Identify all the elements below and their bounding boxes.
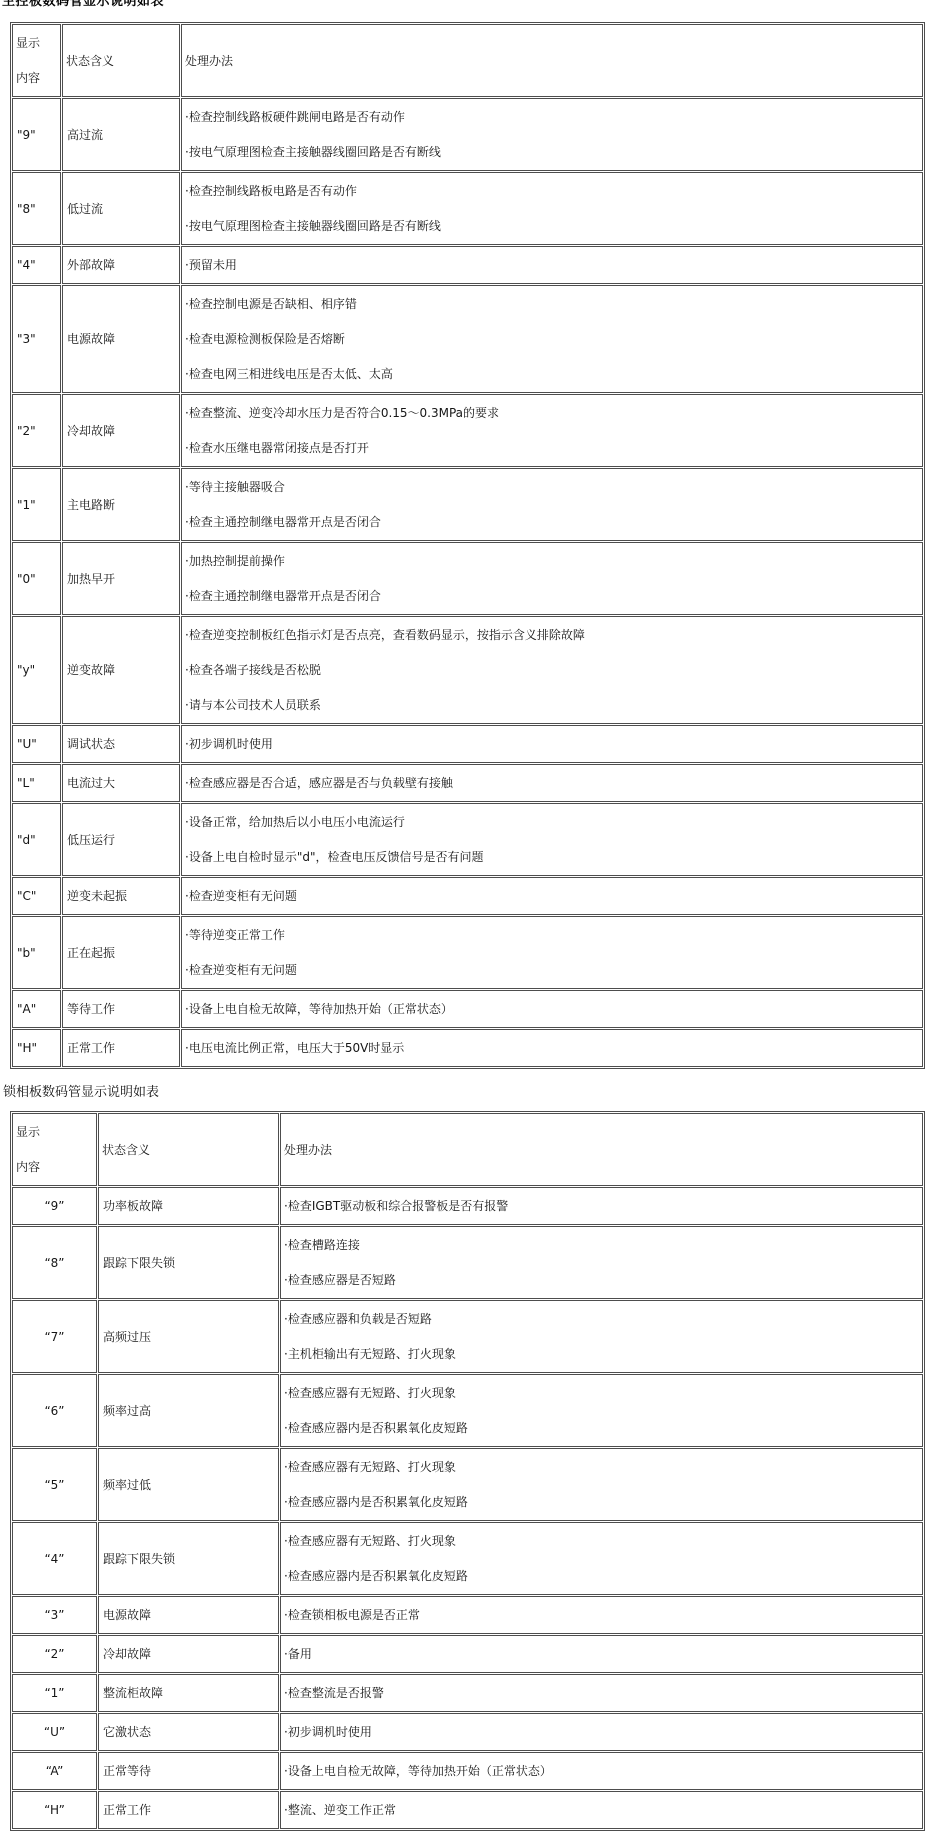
row-code-cell: “9” (12, 1187, 97, 1225)
action-line: ·检查感应器和负载是否短路 (284, 1311, 919, 1327)
action-line: ·检查锁相板电源是否正常 (284, 1607, 919, 1623)
row-actions-cell: ·检查逆变控制板红色指示灯是否点亮，查看数码显示，按指示含义排除故障·检查各端子… (181, 616, 923, 724)
action-line: ·设备上电自检无故障，等待加热开始（正常状态） (284, 1763, 919, 1779)
action-line: ·按电气原理图检查主接触器线圈回路是否有断线 (185, 218, 919, 234)
row-actions-cell: ·检查感应器有无短路、打火现象·检查感应器内是否积累氧化皮短路 (280, 1374, 923, 1447)
row-code-cell: "2" (12, 394, 61, 467)
action-line: ·检查感应器是否合适，感应器是否与负载壁有接触 (185, 775, 919, 791)
row-actions-cell: ·等待主接触器吸合·检查主通控制继电器常开点是否闭合 (181, 468, 923, 541)
row-actions-cell: ·检查感应器有无短路、打火现象·检查感应器内是否积累氧化皮短路 (280, 1448, 923, 1521)
table-row: “5”频率过低·检查感应器有无短路、打火现象·检查感应器内是否积累氧化皮短路 (12, 1448, 923, 1521)
row-status-cell: 冷却故障 (98, 1635, 279, 1673)
action-line: ·检查逆变柜有无问题 (185, 962, 919, 978)
action-line: ·初步调机时使用 (284, 1724, 919, 1740)
action-line: ·检查感应器有无短路、打火现象 (284, 1533, 919, 1549)
table-row: "3"电源故障·检查控制电源是否缺相、相序错·检查电源检测板保险是否熔断·检查电… (12, 285, 923, 393)
main-control-board-table-body: "9"高过流·检查控制线路板硬件跳闸电路是否有动作·按电气原理图检查主接触器线圈… (12, 98, 923, 1067)
action-line: ·检查控制线路板电路是否有动作 (185, 183, 919, 199)
table-row: “8”跟踪下限失锁·检查槽路连接·检查感应器是否短路 (12, 1226, 923, 1299)
main-control-board-display-table: 显示 内容 状态含义 处理办法 "9"高过流·检查控制线路板硬件跳闸电路是否有动… (10, 22, 925, 1069)
header-display-content: 显示 内容 (12, 1113, 97, 1186)
document-page: 主控板数码管显示说明如表 显示 内容 状态含义 处理办法 "9"高过流·检查控制… (0, 0, 930, 1831)
header-status-meaning: 状态含义 (98, 1113, 279, 1186)
action-line: ·检查主通控制继电器常开点是否闭合 (185, 514, 919, 530)
row-status-cell: 冷却故障 (62, 394, 180, 467)
row-code-cell: “7” (12, 1300, 97, 1373)
row-code-cell: “A” (12, 1752, 97, 1790)
table-row: “1”整流柜故障·检查整流是否报警 (12, 1674, 923, 1712)
header-display-line2: 内容 (16, 1159, 93, 1175)
row-status-cell: 正在起振 (62, 916, 180, 989)
row-actions-cell: ·检查控制线路板硬件跳闸电路是否有动作·按电气原理图检查主接触器线圈回路是否有断… (181, 98, 923, 171)
row-actions-cell: ·设备上电自检无故障，等待加热开始（正常状态） (181, 990, 923, 1028)
row-status-cell: 外部故障 (62, 246, 180, 284)
action-line: ·预留未用 (185, 257, 919, 273)
action-line: ·整流、逆变工作正常 (284, 1802, 919, 1818)
row-status-cell: 电源故障 (98, 1596, 279, 1634)
action-line: ·检查逆变柜有无问题 (185, 888, 919, 904)
row-code-cell: "4" (12, 246, 61, 284)
top-heading-text: 主控板数码管显示说明如表 (2, 0, 930, 7)
row-code-cell: “2” (12, 1635, 97, 1673)
header-handling-method: 处理办法 (280, 1113, 923, 1186)
row-actions-cell: ·加热控制提前操作·检查主通控制继电器常开点是否闭合 (181, 542, 923, 615)
table-row: "1"主电路断·等待主接触器吸合·检查主通控制继电器常开点是否闭合 (12, 468, 923, 541)
row-actions-cell: ·检查感应器有无短路、打火现象·检查感应器内是否积累氧化皮短路 (280, 1522, 923, 1595)
action-line: ·初步调机时使用 (185, 736, 919, 752)
table-row: "8"低过流·检查控制线路板电路是否有动作·按电气原理图检查主接触器线圈回路是否… (12, 172, 923, 245)
table-row: "H"正常工作·电压电流比例正常，电压大于50V时显示 (12, 1029, 923, 1067)
row-code-cell: "8" (12, 172, 61, 245)
action-line: ·检查感应器有无短路、打火现象 (284, 1459, 919, 1475)
action-line: ·检查逆变控制板红色指示灯是否点亮，查看数码显示，按指示含义排除故障 (185, 627, 919, 643)
header-display-content: 显示 内容 (12, 24, 61, 97)
row-actions-cell: ·检查整流、逆变冷却水压力是否符合0.15～0.3MPa的要求·检查水压继电器常… (181, 394, 923, 467)
action-line: ·加热控制提前操作 (185, 553, 919, 569)
row-status-cell: 跟踪下限失锁 (98, 1226, 279, 1299)
header-row: 显示 内容 状态含义 处理办法 (12, 1113, 923, 1186)
row-actions-cell: ·检查槽路连接·检查感应器是否短路 (280, 1226, 923, 1299)
row-code-cell: "U" (12, 725, 61, 763)
row-code-cell: "0" (12, 542, 61, 615)
row-actions-cell: ·预留未用 (181, 246, 923, 284)
row-code-cell: "L" (12, 764, 61, 802)
row-status-cell: 正常等待 (98, 1752, 279, 1790)
action-line: ·检查电网三相进线电压是否太低、太高 (185, 366, 919, 382)
row-code-cell: "y" (12, 616, 61, 724)
row-code-cell: “8” (12, 1226, 97, 1299)
row-code-cell: “4” (12, 1522, 97, 1595)
action-line: ·检查感应器内是否积累氧化皮短路 (284, 1568, 919, 1584)
action-line: ·备用 (284, 1646, 919, 1662)
action-line: ·检查整流是否报警 (284, 1685, 919, 1701)
header-status-meaning: 状态含义 (62, 24, 180, 97)
table-row: "9"高过流·检查控制线路板硬件跳闸电路是否有动作·按电气原理图检查主接触器线圈… (12, 98, 923, 171)
row-status-cell: 电源故障 (62, 285, 180, 393)
table-row: “3”电源故障·检查锁相板电源是否正常 (12, 1596, 923, 1634)
row-actions-cell: ·初步调机时使用 (181, 725, 923, 763)
action-line: ·设备正常，给加热后以小电压小电流运行 (185, 814, 919, 830)
action-line: ·检查IGBT驱动板和综合报警板是否有报警 (284, 1198, 919, 1214)
row-status-cell: 整流柜故障 (98, 1674, 279, 1712)
action-line: ·检查电源检测板保险是否熔断 (185, 331, 919, 347)
row-status-cell: 它激状态 (98, 1713, 279, 1751)
row-code-cell: “H” (12, 1791, 97, 1829)
table-row: “2”冷却故障·备用 (12, 1635, 923, 1673)
action-line: ·检查感应器是否短路 (284, 1272, 919, 1288)
header-display-line1: 显示 (16, 35, 57, 51)
phase-lock-table-intro: 锁相板数码管显示说明如表 (0, 1081, 930, 1100)
action-line: ·检查感应器内是否积累氧化皮短路 (284, 1494, 919, 1510)
row-actions-cell: ·等待逆变正常工作·检查逆变柜有无问题 (181, 916, 923, 989)
row-actions-cell: ·检查感应器和负载是否短路·主机柜输出有无短路、打火现象 (280, 1300, 923, 1373)
row-code-cell: "1" (12, 468, 61, 541)
row-status-cell: 高频过压 (98, 1300, 279, 1373)
row-status-cell: 逆变未起振 (62, 877, 180, 915)
action-line: ·检查整流、逆变冷却水压力是否符合0.15～0.3MPa的要求 (185, 405, 919, 421)
row-actions-cell: ·检查控制线路板电路是否有动作·按电气原理图检查主接触器线圈回路是否有断线 (181, 172, 923, 245)
action-line: ·主机柜输出有无短路、打火现象 (284, 1346, 919, 1362)
row-status-cell: 低过流 (62, 172, 180, 245)
table-row: "b"正在起振·等待逆变正常工作·检查逆变柜有无问题 (12, 916, 923, 989)
row-status-cell: 功率板故障 (98, 1187, 279, 1225)
table-row: "4"外部故障·预留未用 (12, 246, 923, 284)
row-actions-cell: ·初步调机时使用 (280, 1713, 923, 1751)
table-row: “H”正常工作·整流、逆变工作正常 (12, 1791, 923, 1829)
row-actions-cell: ·检查锁相板电源是否正常 (280, 1596, 923, 1634)
table-row: “7”高频过压·检查感应器和负载是否短路·主机柜输出有无短路、打火现象 (12, 1300, 923, 1373)
table-row: “U”它激状态·初步调机时使用 (12, 1713, 923, 1751)
row-status-cell: 加热早开 (62, 542, 180, 615)
row-code-cell: "A" (12, 990, 61, 1028)
row-status-cell: 低压运行 (62, 803, 180, 876)
action-line: ·检查控制电源是否缺相、相序错 (185, 296, 919, 312)
action-line: ·检查槽路连接 (284, 1237, 919, 1253)
row-actions-cell: ·检查感应器是否合适，感应器是否与负载壁有接触 (181, 764, 923, 802)
table-row: "2"冷却故障·检查整流、逆变冷却水压力是否符合0.15～0.3MPa的要求·检… (12, 394, 923, 467)
row-status-cell: 正常工作 (62, 1029, 180, 1067)
row-actions-cell: ·设备正常，给加热后以小电压小电流运行·设备上电自检时显示"d"，检查电压反馈信… (181, 803, 923, 876)
table-row: "A"等待工作·设备上电自检无故障，等待加热开始（正常状态） (12, 990, 923, 1028)
action-line: ·等待逆变正常工作 (185, 927, 919, 943)
phase-lock-board-table-body: “9”功率板故障·检查IGBT驱动板和综合报警板是否有报警“8”跟踪下限失锁·检… (12, 1187, 923, 1829)
row-status-cell: 频率过高 (98, 1374, 279, 1447)
table-row: "U"调试状态·初步调机时使用 (12, 725, 923, 763)
action-line: ·请与本公司技术人员联系 (185, 697, 919, 713)
action-line: ·检查各端子接线是否松脱 (185, 662, 919, 678)
table-row: "d"低压运行·设备正常，给加热后以小电压小电流运行·设备上电自检时显示"d"，… (12, 803, 923, 876)
row-code-cell: "H" (12, 1029, 61, 1067)
action-line: ·设备上电自检无故障，等待加热开始（正常状态） (185, 1001, 919, 1017)
row-actions-cell: ·电压电流比例正常，电压大于50V时显示 (181, 1029, 923, 1067)
row-status-cell: 高过流 (62, 98, 180, 171)
row-code-cell: "d" (12, 803, 61, 876)
action-line: ·检查主通控制继电器常开点是否闭合 (185, 588, 919, 604)
row-actions-cell: ·检查整流是否报警 (280, 1674, 923, 1712)
table-row: “4”跟踪下限失锁·检查感应器有无短路、打火现象·检查感应器内是否积累氧化皮短路 (12, 1522, 923, 1595)
row-code-cell: “5” (12, 1448, 97, 1521)
row-status-cell: 等待工作 (62, 990, 180, 1028)
action-line: ·电压电流比例正常，电压大于50V时显示 (185, 1040, 919, 1056)
row-status-cell: 跟踪下限失锁 (98, 1522, 279, 1595)
table-row: "y"逆变故障·检查逆变控制板红色指示灯是否点亮，查看数码显示，按指示含义排除故… (12, 616, 923, 724)
header-handling-method: 处理办法 (181, 24, 923, 97)
table-row: “9”功率板故障·检查IGBT驱动板和综合报警板是否有报警 (12, 1187, 923, 1225)
table-row: “A”正常等待·设备上电自检无故障，等待加热开始（正常状态） (12, 1752, 923, 1790)
row-code-cell: "C" (12, 877, 61, 915)
row-code-cell: "9" (12, 98, 61, 171)
action-line: ·检查控制线路板硬件跳闸电路是否有动作 (185, 109, 919, 125)
table-row: "C"逆变未起振·检查逆变柜有无问题 (12, 877, 923, 915)
top-heading-clipped: 主控板数码管显示说明如表 (0, 0, 930, 7)
header-display-line2: 内容 (16, 70, 57, 86)
row-code-cell: “U” (12, 1713, 97, 1751)
row-actions-cell: ·整流、逆变工作正常 (280, 1791, 923, 1829)
row-actions-cell: ·检查IGBT驱动板和综合报警板是否有报警 (280, 1187, 923, 1225)
row-status-cell: 主电路断 (62, 468, 180, 541)
row-status-cell: 电流过大 (62, 764, 180, 802)
table-row: “6”频率过高·检查感应器有无短路、打火现象·检查感应器内是否积累氧化皮短路 (12, 1374, 923, 1447)
action-line: ·等待主接触器吸合 (185, 479, 919, 495)
table-row: "0"加热早开·加热控制提前操作·检查主通控制继电器常开点是否闭合 (12, 542, 923, 615)
row-status-cell: 频率过低 (98, 1448, 279, 1521)
row-actions-cell: ·检查控制电源是否缺相、相序错·检查电源检测板保险是否熔断·检查电网三相进线电压… (181, 285, 923, 393)
header-display-line1: 显示 (16, 1124, 93, 1140)
row-code-cell: “3” (12, 1596, 97, 1634)
row-code-cell: "b" (12, 916, 61, 989)
action-line: ·检查感应器有无短路、打火现象 (284, 1385, 919, 1401)
action-line: ·按电气原理图检查主接触器线圈回路是否有断线 (185, 144, 919, 160)
row-status-cell: 逆变故障 (62, 616, 180, 724)
row-code-cell: “1” (12, 1674, 97, 1712)
row-status-cell: 调试状态 (62, 725, 180, 763)
action-line: ·检查水压继电器常闭接点是否打开 (185, 440, 919, 456)
row-actions-cell: ·备用 (280, 1635, 923, 1673)
row-code-cell: "3" (12, 285, 61, 393)
row-actions-cell: ·检查逆变柜有无问题 (181, 877, 923, 915)
phase-lock-board-display-table: 显示 内容 状态含义 处理办法 “9”功率板故障·检查IGBT驱动板和综合报警板… (10, 1111, 925, 1831)
row-status-cell: 正常工作 (98, 1791, 279, 1829)
header-row: 显示 内容 状态含义 处理办法 (12, 24, 923, 97)
action-line: ·检查感应器内是否积累氧化皮短路 (284, 1420, 919, 1436)
action-line: ·设备上电自检时显示"d"，检查电压反馈信号是否有问题 (185, 849, 919, 865)
row-actions-cell: ·设备上电自检无故障，等待加热开始（正常状态） (280, 1752, 923, 1790)
table-row: "L"电流过大·检查感应器是否合适，感应器是否与负载壁有接触 (12, 764, 923, 802)
row-code-cell: “6” (12, 1374, 97, 1447)
